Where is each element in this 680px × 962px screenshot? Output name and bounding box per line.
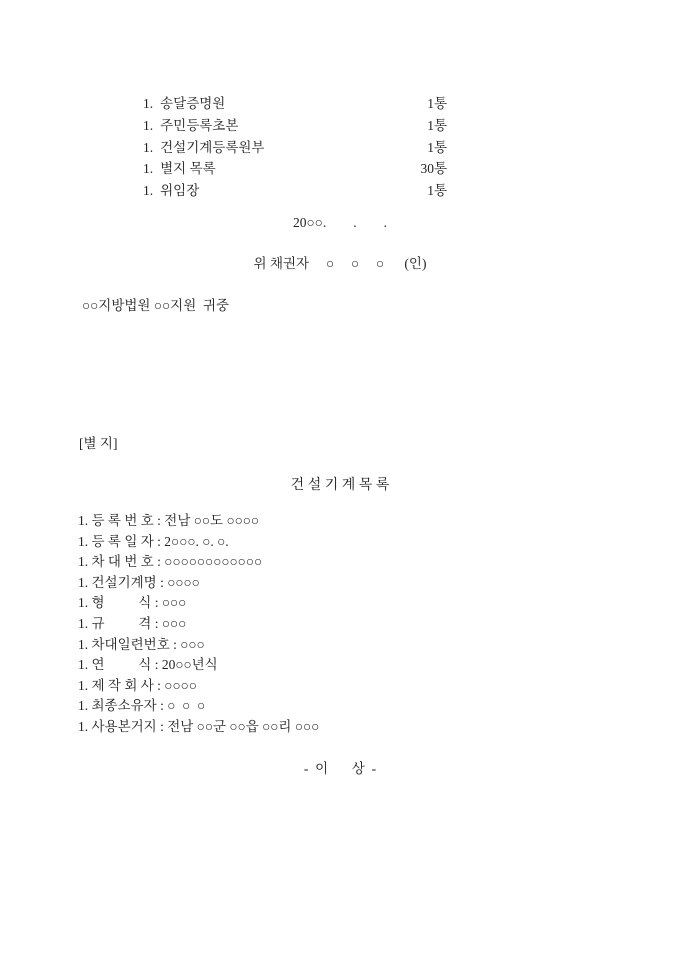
machinery-item: 1. 규 격 : ○○○ (78, 614, 638, 635)
attachment-number: 1. (143, 183, 153, 198)
machinery-item: 1. 연 식 : 20○○년식 (78, 655, 638, 676)
machinery-item: 1. 최종소유자 : ○ ○ ○ (78, 696, 638, 717)
attachment-number: 1. (143, 96, 153, 111)
attachment-number: 1. (143, 140, 153, 155)
attachment-label: 1.주민등록초본 (143, 115, 238, 137)
attachment-label: 1.위임장 (143, 180, 199, 202)
annex-title: 건 설 기 계 목 록 (0, 474, 680, 494)
attachment-number: 1. (143, 161, 153, 176)
machinery-item: 1. 등 록 일 자 : 2○○○. ○. ○. (78, 532, 638, 553)
end-marker: - 이 상 - (0, 757, 680, 777)
attachment-number: 1. (143, 118, 153, 133)
attachment-title: 송달증명원 (160, 96, 225, 111)
machinery-item: 1. 등 록 번 호 : 전남 ○○도 ○○○○ (78, 511, 638, 532)
annex-marker: [별 지] (79, 432, 117, 452)
attachment-count: 30통 (420, 158, 447, 180)
machinery-list: 1. 등 록 번 호 : 전남 ○○도 ○○○○ 1. 등 록 일 자 : 2○… (78, 511, 638, 738)
attachment-row: 1.위임장 1통 (143, 180, 447, 202)
document-page: 1.송달증명원 1통 1.주민등록초본 1통 1.건설기계등록원부 1통 1.별… (0, 0, 680, 962)
attachment-count: 1통 (427, 137, 447, 159)
court-address-line: ○○지방법원 ○○지원 귀중 (82, 294, 229, 314)
machinery-item: 1. 차 대 번 호 : ○○○○○○○○○○○○ (78, 552, 638, 573)
attachment-title: 위임장 (160, 183, 199, 198)
attachment-label: 1.건설기계등록원부 (143, 137, 264, 159)
attachment-title: 별지 목록 (160, 161, 216, 176)
date-line: 20○○. . . (0, 215, 680, 231)
attachment-row: 1.건설기계등록원부 1통 (143, 137, 447, 159)
machinery-item: 1. 차대일련번호 : ○○○ (78, 635, 638, 656)
attachment-count: 1통 (427, 115, 447, 137)
attachments-list: 1.송달증명원 1통 1.주민등록초본 1통 1.건설기계등록원부 1통 1.별… (143, 93, 447, 202)
attachment-count: 1통 (427, 93, 447, 115)
creditor-signature-line: 위 채권자 ○ ○ ○ (인) (0, 252, 680, 272)
machinery-item: 1. 사용본거지 : 전남 ○○군 ○○읍 ○○리 ○○○ (78, 717, 638, 738)
attachment-count: 1통 (427, 180, 447, 202)
attachment-title: 주민등록초본 (160, 118, 238, 133)
attachment-row: 1.송달증명원 1통 (143, 93, 447, 115)
attachment-label: 1.별지 목록 (143, 158, 216, 180)
machinery-item: 1. 건설기계명 : ○○○○ (78, 573, 638, 594)
attachment-row: 1.주민등록초본 1통 (143, 115, 447, 137)
attachment-label: 1.송달증명원 (143, 93, 225, 115)
attachment-title: 건설기계등록원부 (160, 140, 264, 155)
machinery-item: 1. 형 식 : ○○○ (78, 593, 638, 614)
machinery-item: 1. 제 작 회 사 : ○○○○ (78, 676, 638, 697)
attachment-row: 1.별지 목록 30통 (143, 158, 447, 180)
